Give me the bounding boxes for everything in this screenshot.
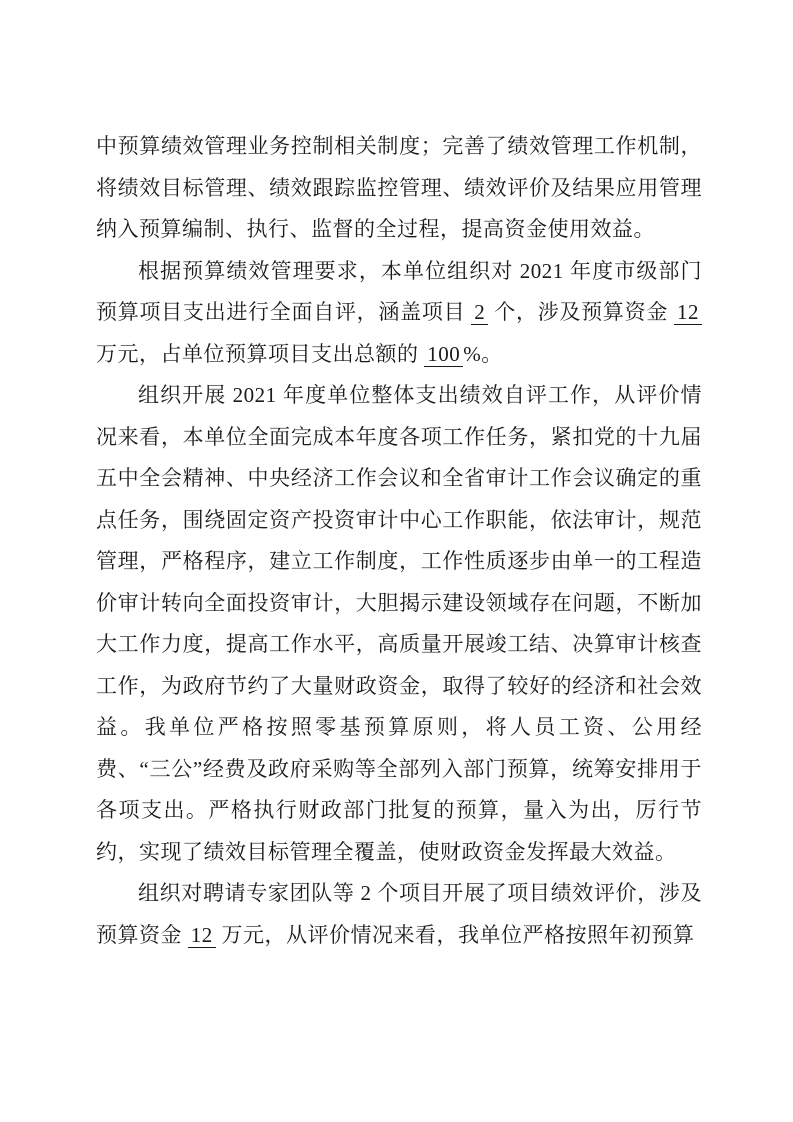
text-run: 个，涉及预算资金 (488, 300, 674, 324)
paragraph-2: 根据预算绩效管理要求，本单位组织对 2021 年度市级部门预算项目支出进行全面自… (96, 251, 702, 376)
underlined-value: 12 (188, 923, 216, 948)
text-run: 中预算绩效管理业务控制相关制度；完善了绩效管理工作机制，将绩效目标管理、绩效跟踪… (96, 134, 702, 241)
underlined-value: 2 (471, 300, 488, 325)
text-run: 万元，占单位预算项目支出总额的 (96, 342, 424, 366)
text-run: %。 (463, 342, 503, 366)
underlined-value: 100 (424, 342, 463, 367)
underlined-value: 12 (674, 300, 702, 325)
paragraph-1: 中预算绩效管理业务控制相关制度；完善了绩效管理工作机制，将绩效目标管理、绩效跟踪… (96, 126, 702, 251)
document-text: 中预算绩效管理业务控制相关制度；完善了绩效管理工作机制，将绩效目标管理、绩效跟踪… (96, 126, 702, 956)
text-run: 万元，从评价情况来看，我单位严格按照年初预算 (216, 923, 695, 947)
paragraph-4: 组织对聘请专家团队等 2 个项目开展了项目绩效评价，涉及预算资金 12 万元，从… (96, 873, 702, 956)
paragraph-3: 组织开展 2021 年度单位整体支出绩效自评工作，从评价情况来看，本单位全面完成… (96, 375, 702, 873)
document-page: 中预算绩效管理业务控制相关制度；完善了绩效管理工作机制，将绩效目标管理、绩效跟踪… (0, 0, 793, 1122)
text-run: 组织开展 2021 年度单位整体支出绩效自评工作，从评价情况来看，本单位全面完成… (96, 383, 702, 864)
